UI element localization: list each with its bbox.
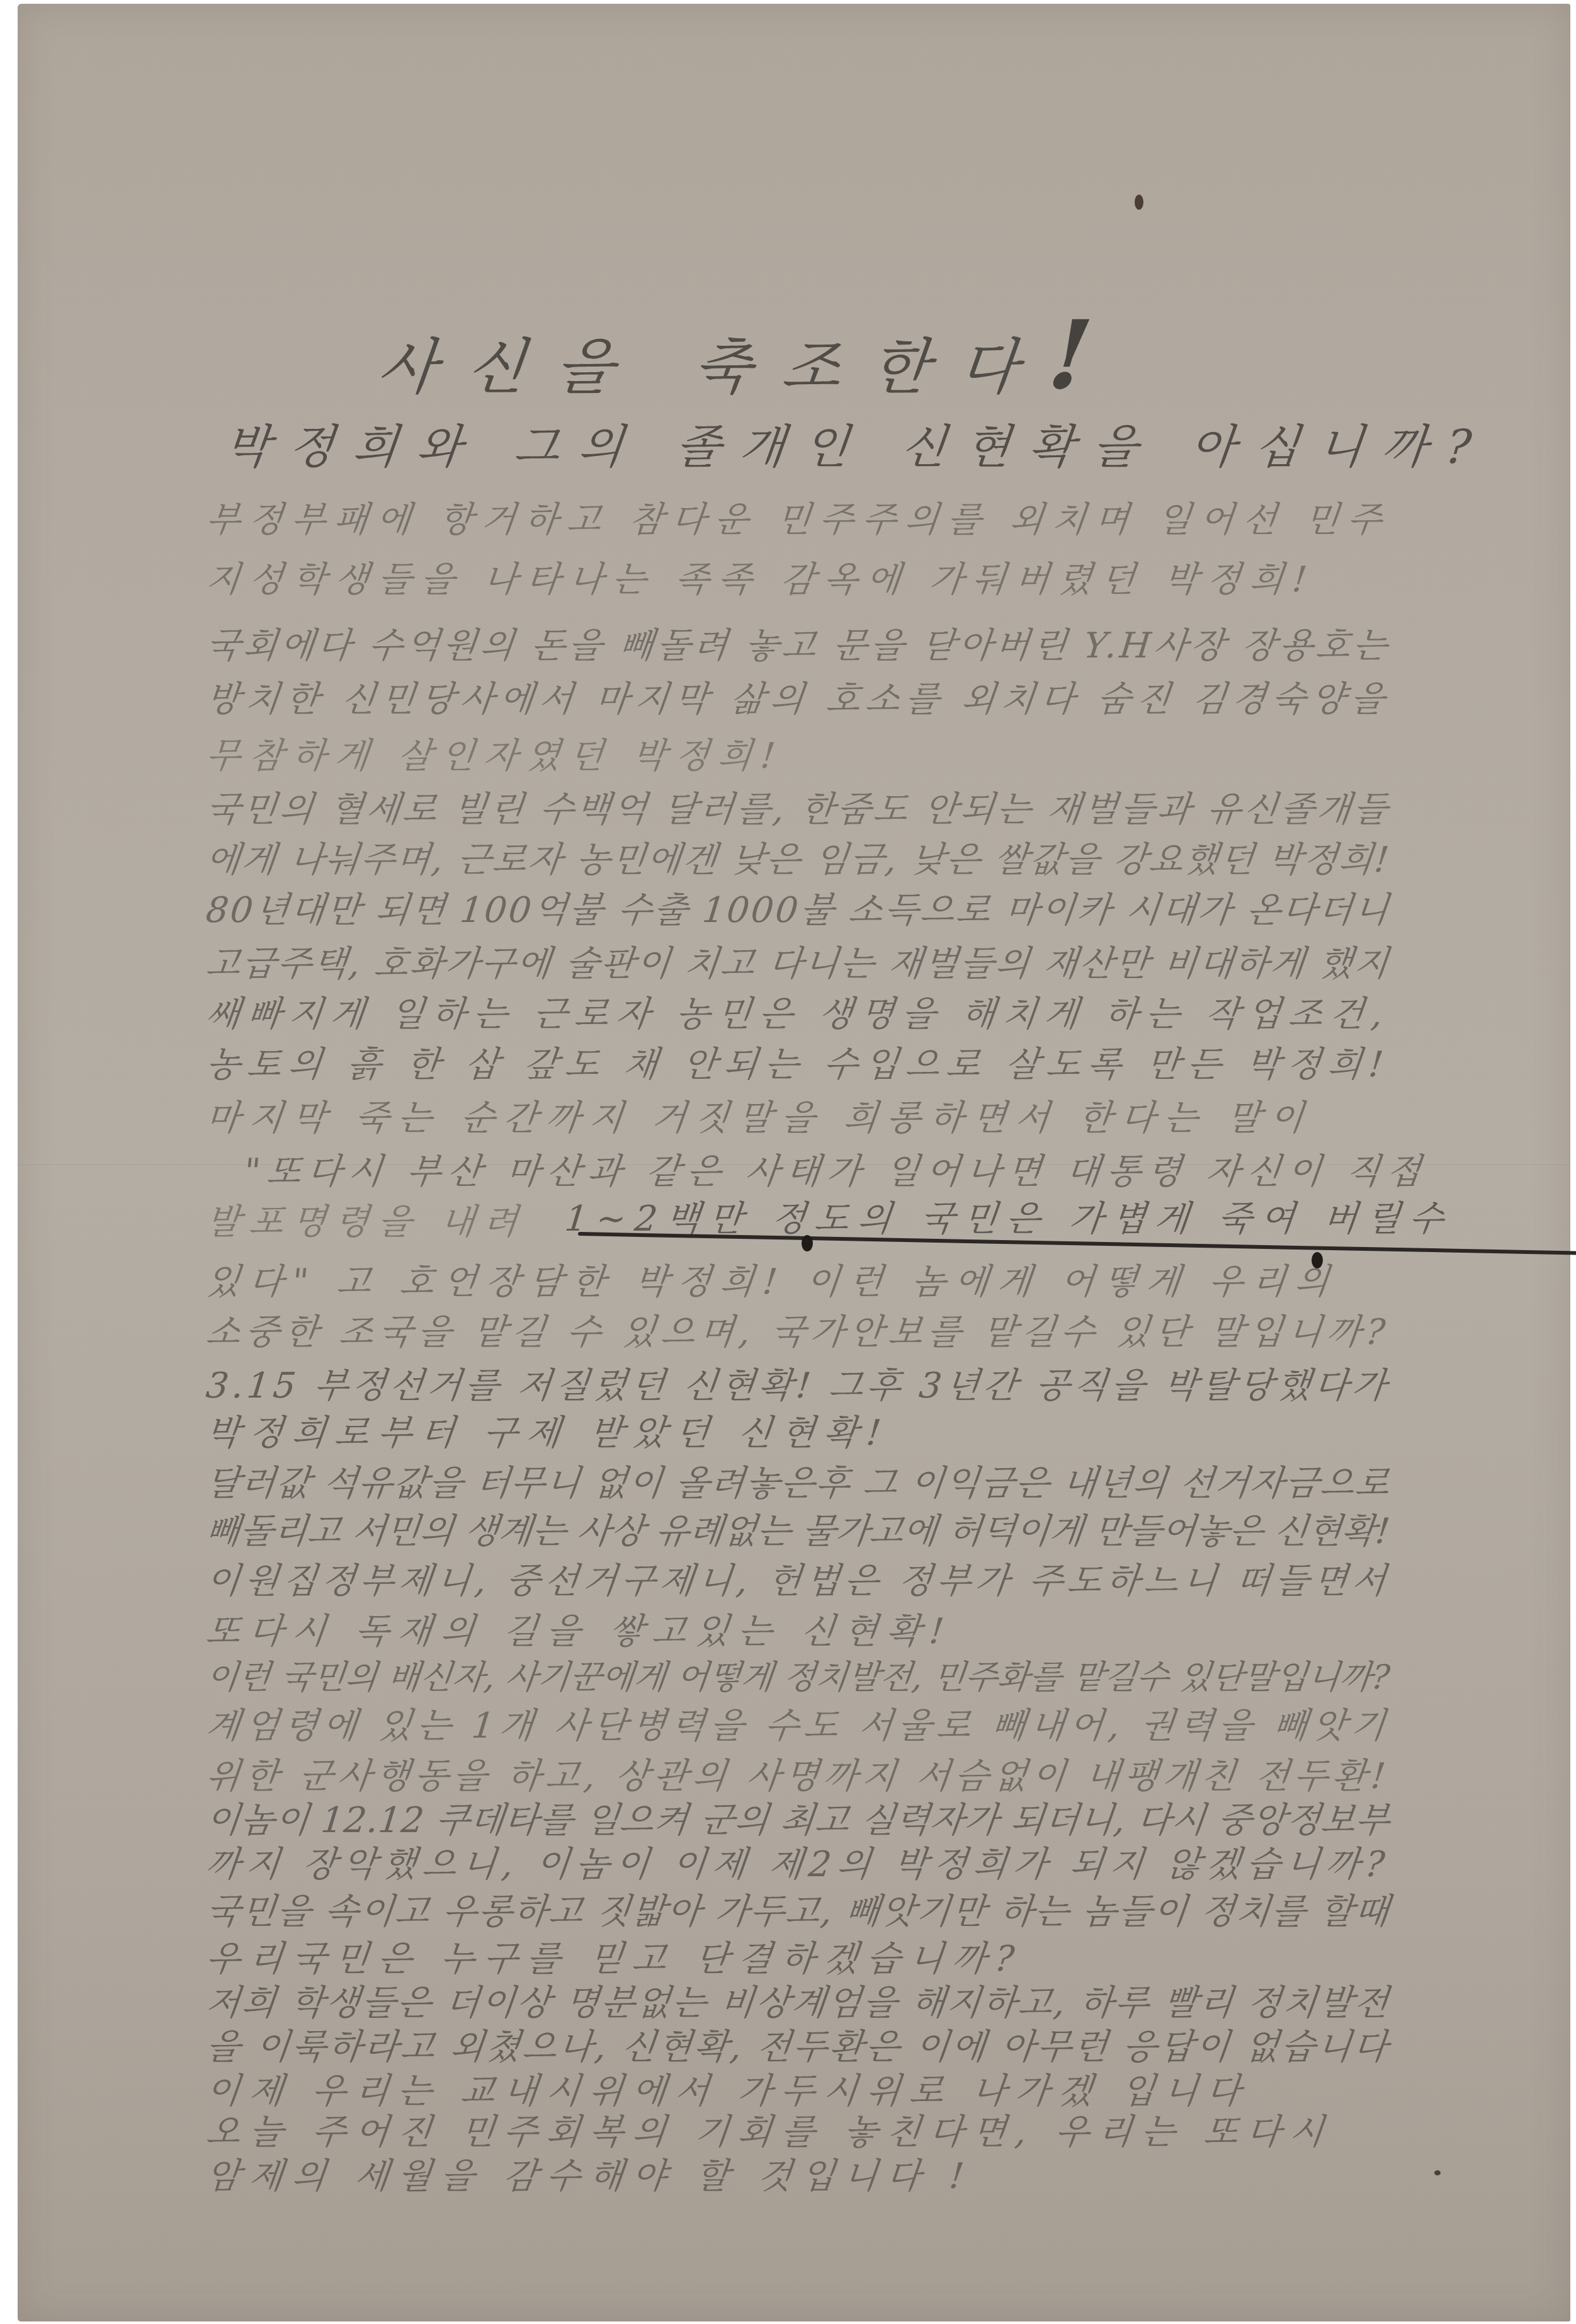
body-line: 국회에다 수억원의 돈을 빼돌려 놓고 문을 닫아버린 Y.H사장 장용호는 [204,618,1393,668]
exclamation-mark: ! [1043,300,1096,411]
body-line: 암제의 세월을 감수해야 할 것입니다 ! [204,2148,975,2199]
body-line: 우리국민은 누구를 믿고 단결하겠습니까? [204,1931,1026,1981]
body-line: 농토의 흙 한 삽 갚도 채 안되는 수입으로 살도록 만든 박정희! [204,1037,1393,1087]
body-line: 고급주택, 호화가구에 술판이 치고 다니는 재벌들의 재산만 비대하게 했지 [204,936,1393,986]
body-line: 까지 장악했으니, 이놈이 이제 제2의 박정희가 되지 않겠습니까? [204,1837,1393,1887]
body-line: 또다시 독재의 길을 쌓고있는 신현확! [204,1603,956,1654]
body-line: 빼돌리고 서민의 생계는 사상 유례없는 물가고에 허덕이게 만들어놓은 신현확… [204,1503,1393,1553]
body-line: 위한 군사행동을 하고, 상관의 사명까지 서슴없이 내팽개친 전두환! [204,1748,1393,1799]
body-line: 발포명령을 내려 [204,1194,530,1245]
body-line: 저희 학생들은 더이상 명분없는 비상계엄을 해지하고, 하루 빨리 정치발전 [204,1975,1393,2025]
body-line: 80년대만 되면 100억불 수출 1000불 소득으로 마이카 시대가 온다더… [204,882,1393,933]
body-line: 쌔빠지게 일하는 근로자 농민은 생명을 해치게 하는 작업조건, [204,986,1393,1037]
ink-spot [1434,2170,1441,2175]
body-line: 방치한 신민당사에서 마지막 삶의 호소를 외치다 숨진 김경숙양을 [204,671,1393,722]
body-line: 지성학생들을 나타나는 족족 감옥에 가둬버렸던 박정희! [204,552,1318,602]
body-line: 오늘 주어진 민주회복의 기회를 놓친다면, 우리는 또다시 [204,2104,1335,2155]
body-line: 있다" 고 호언장담한 박정희! 이런 놈에게 어떻게 우리의 [204,1254,1341,1304]
ink-spot [1135,195,1143,210]
body-line: 계엄령에 있는 1개 사단병력을 수도 서울로 빼내어, 권력을 빼앗기 [204,1698,1393,1748]
body-line: 국민을 속이고 우롱하고 짓밟아 가두고, 빼앗기만 하는 놈들이 정치를 할때 [204,1884,1393,1934]
body-line: 마지막 죽는 순간까지 거짓말을 희롱하면서 한다는 말이 [204,1090,1315,1141]
body-line: 이놈이 12.12 쿠데타를 일으켜 군의 최고 실력자가 되더니, 다시 중앙… [204,1792,1393,1843]
body-line: 을 이룩하라고 외쳤으나, 신현확, 전두환은 이에 아무런 응답이 없습니다 [204,2019,1393,2070]
body-line: 박정희로부터 구제 받았던 신현확! [204,1405,893,1455]
leaflet-subtitle: 박정희와 그의 졸개인 신현확을 아십니까? [222,410,1494,477]
body-line: "또다시 부산 마산과 같은 사태가 일어나면 대통령 자신이 직접 [242,1144,1431,1194]
body-line: 달러값 석유값을 터무니 없이 올려놓은후 그 이익금은 내년의 선거자금으로 [204,1455,1393,1506]
body-line: 부정부패에 항거하고 참다운 민주주의를 외치며 일어선 민주 [204,492,1393,542]
leaflet-title: 사신을 축조한다! [374,300,1097,411]
body-line: 무참하게 살인자였던 박정희! [204,728,787,778]
body-line: 국민의 혈세로 빌린 수백억 달러를, 한줌도 안되는 재벌들과 유신졸개들 [204,782,1393,832]
body-line: 이런 국민의 배신자, 사기꾼에게 어떻게 정치발전, 민주화를 맡길수 있단말… [204,1651,1393,1699]
body-line: 3.15 부정선거를 저질렀던 신현확! 그후 3년간 공직을 박탈당했다가 [204,1358,1393,1408]
body-line: 이원집정부제니, 중선거구제니, 헌법은 정부가 주도하느니 떠들면서 [204,1553,1393,1603]
underline-dot [802,1235,813,1251]
body-line: 소중한 조국을 맡길 수 있으며, 국가안보를 맡길수 있단 말입니까? [204,1304,1393,1355]
title-text: 사신을 축조한다 [375,332,1052,402]
paper-sheet: 사신을 축조한다! 박정희와 그의 졸개인 신현확을 아십니까? 부정부패에 항… [18,4,1570,2321]
body-line: 에게 나눠주며, 근로자 농민에겐 낮은 임금, 낮은 쌀값을 강요했던 박정희… [204,832,1393,882]
